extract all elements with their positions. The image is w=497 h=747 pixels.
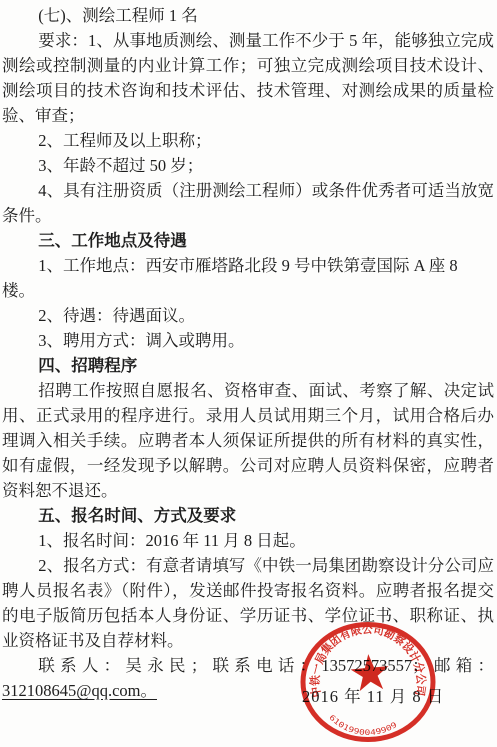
- company-seal-stamp: 中铁一局集团有限公司勘察设计分公司 6101990049909: [299, 621, 437, 743]
- star-icon: [349, 652, 390, 691]
- email-period: 。: [140, 681, 157, 700]
- section-heading-apply: 五、报名时间、方式及要求: [2, 503, 494, 528]
- job-title-line: (七)、测绘工程师 1 名: [2, 3, 494, 28]
- email-address: 312108645@qq.com。: [2, 681, 157, 700]
- document-body: (七)、测绘工程师 1 名 要求：1、从事地质测绘、测量工作不少于 5 年，能够…: [2, 3, 494, 703]
- apply-time-item: 1、报名时间：2016 年 11 月 8 日起。: [2, 528, 494, 553]
- procedure-paragraph: 招聘工作按照自愿报名、资格审查、面试、考察了解、决定试用、正式录用的程序进行。录…: [2, 378, 494, 503]
- requirement-item-2: 2、工程师及以上职称；: [2, 128, 494, 153]
- location-item: 1、工作地点：西安市雁塔路北段 9 号中铁第壹国际 A 座 8 楼。: [2, 253, 494, 303]
- requirement-item-4: 4、具有注册资质（注册测绘工程师）或条件优秀者可适当放宽条件。: [2, 178, 494, 228]
- employment-type-item: 3、聘用方式：调入或聘用。: [2, 328, 494, 353]
- document-page: (七)、测绘工程师 1 名 要求：1、从事地质测绘、测量工作不少于 5 年，能够…: [0, 0, 497, 747]
- salary-item: 2、待遇：待遇面议。: [2, 303, 494, 328]
- section-heading-procedure: 四、招聘程序: [2, 353, 494, 378]
- section-heading-location: 三、工作地点及待遇: [2, 228, 494, 253]
- requirements-paragraph: 要求：1、从事地质测绘、测量工作不少于 5 年，能够独立完成测绘或控制测量的内业…: [2, 28, 494, 128]
- email-text: 312108645@qq.com: [2, 681, 140, 700]
- requirement-item-3: 3、年龄不超过 50 岁；: [2, 153, 494, 178]
